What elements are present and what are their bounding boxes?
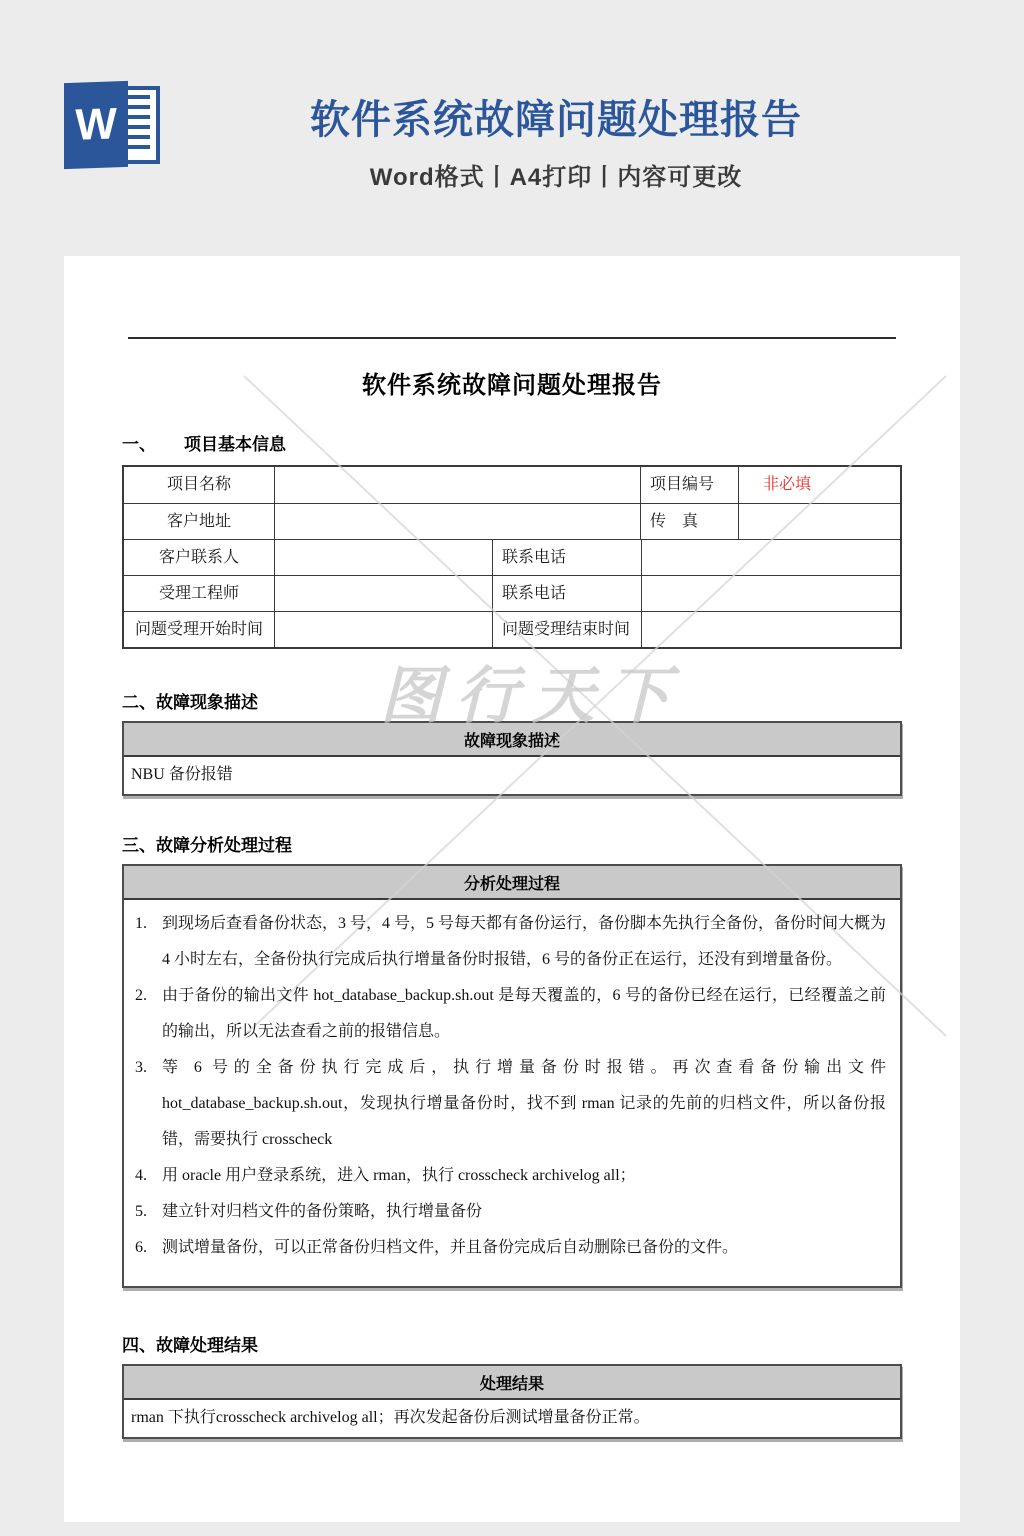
section4-number: 四、	[122, 1334, 156, 1358]
analysis-step: 测试增量备份，可以正常备份归档文件，并且备份完成后自动删除已备份的文件。	[131, 1230, 886, 1266]
table-row: 客户地址 传 真	[124, 503, 900, 539]
info-label-engineer: 受理工程师	[124, 576, 274, 611]
document-page: 图行天下 软件系统故障问题处理报告 一、项目基本信息 项目名称 项目编号 非必填…	[64, 256, 960, 1522]
info-value-customer-address	[274, 504, 640, 539]
analysis-step: 用 oracle 用户登录系统，进入 rman，执行 crosscheck ar…	[131, 1158, 886, 1194]
analysis-step: 到现场后查看备份状态，3 号，4 号，5 号每天都有备份运行，备份脚本先执行全备…	[131, 906, 886, 978]
section2-heading-label: 故障现象描述	[156, 693, 258, 712]
analysis-step-list: 到现场后查看备份状态，3 号，4 号，5 号每天都有备份运行，备份脚本先执行全备…	[124, 900, 900, 1286]
section1-heading: 一、项目基本信息	[122, 433, 902, 457]
analysis-step: 由于备份的输出文件 hot_database_backup.sh.out 是每天…	[131, 978, 886, 1050]
section2-number: 二、	[122, 691, 156, 715]
banner: W 软件系统故障问题处理报告 Word格式丨A4打印丨内容可更改	[0, 0, 1024, 256]
info-value-contact-phone-1	[641, 540, 900, 575]
info-label-fax: 传 真	[640, 504, 738, 539]
info-label-start-time: 问题受理开始时间	[124, 612, 274, 647]
info-label-customer-contact: 客户联系人	[124, 540, 274, 575]
result-table-body: rman 下执行crosscheck archivelog all；再次发起备份…	[124, 1400, 900, 1437]
header-rule	[128, 337, 896, 339]
analysis-process-table-body: 到现场后查看备份状态，3 号，4 号，5 号每天都有备份运行，备份脚本先执行全备…	[124, 900, 900, 1286]
section3-heading: 三、故障分析处理过程	[122, 834, 902, 858]
section3-heading-label: 故障分析处理过程	[156, 836, 292, 855]
table-row: 问题受理开始时间 问题受理结束时间	[124, 611, 900, 647]
banner-subtitle: Word格式丨A4打印丨内容可更改	[88, 157, 1024, 192]
result-text: rman 下执行crosscheck archivelog all；再次发起备份…	[124, 1400, 900, 1437]
section2-heading: 二、故障现象描述	[122, 691, 902, 715]
fault-description-text: NBU 备份报错	[124, 757, 900, 794]
section3-number: 三、	[122, 834, 156, 858]
info-label-project-number: 项目编号	[640, 467, 738, 503]
section1-heading-label: 项目基本信息	[184, 435, 286, 454]
document-title: 软件系统故障问题处理报告	[122, 365, 902, 400]
banner-text: 软件系统故障问题处理报告 Word格式丨A4打印丨内容可更改	[88, 88, 1024, 192]
project-info-table: 项目名称 项目编号 非必填 客户地址 传 真 客户联系人 联系电话 受理工程师	[122, 465, 902, 649]
info-label-project-name: 项目名称	[124, 467, 274, 503]
table-row: 客户联系人 联系电话	[124, 539, 900, 575]
info-label-end-time: 问题受理结束时间	[492, 612, 641, 647]
info-value-start-time	[274, 612, 492, 647]
info-value-contact-phone-2	[641, 576, 900, 611]
analysis-process-table: 分析处理过程 到现场后查看备份状态，3 号，4 号，5 号每天都有备份运行，备份…	[122, 864, 902, 1288]
fault-description-table: 故障现象描述 NBU 备份报错	[122, 721, 902, 796]
template-preview-canvas: W 软件系统故障问题处理报告 Word格式丨A4打印丨内容可更改 图行天下 软件…	[0, 0, 1024, 1536]
analysis-process-table-header: 分析处理过程	[124, 866, 900, 900]
info-label-contact-phone-2: 联系电话	[492, 576, 641, 611]
info-label-customer-address: 客户地址	[124, 504, 274, 539]
result-table-header: 处理结果	[124, 1366, 900, 1400]
fault-description-table-header: 故障现象描述	[124, 723, 900, 757]
section4-heading: 四、故障处理结果	[122, 1334, 902, 1358]
section1-number: 一、	[122, 433, 184, 457]
info-value-engineer	[274, 576, 492, 611]
info-value-customer-contact	[274, 540, 492, 575]
section4-heading-label: 故障处理结果	[156, 1336, 258, 1355]
table-row: 项目名称 项目编号 非必填	[124, 467, 900, 503]
analysis-step: 等 6 号的全备份执行完成后，执行增量备份时报错。再次查看备份输出文件 hot_…	[131, 1050, 886, 1158]
info-value-fax	[738, 504, 900, 539]
analysis-step: 建立针对归档文件的备份策略，执行增量备份	[131, 1194, 886, 1230]
banner-title: 软件系统故障问题处理报告	[88, 88, 1024, 145]
info-label-contact-phone-1: 联系电话	[492, 540, 641, 575]
info-value-end-time	[641, 612, 900, 647]
info-value-project-name	[274, 467, 640, 503]
info-value-project-number: 非必填	[738, 467, 900, 503]
result-table: 处理结果 rman 下执行crosscheck archivelog all；再…	[122, 1364, 902, 1439]
fault-description-table-body: NBU 备份报错	[124, 757, 900, 794]
table-row: 受理工程师 联系电话	[124, 575, 900, 611]
